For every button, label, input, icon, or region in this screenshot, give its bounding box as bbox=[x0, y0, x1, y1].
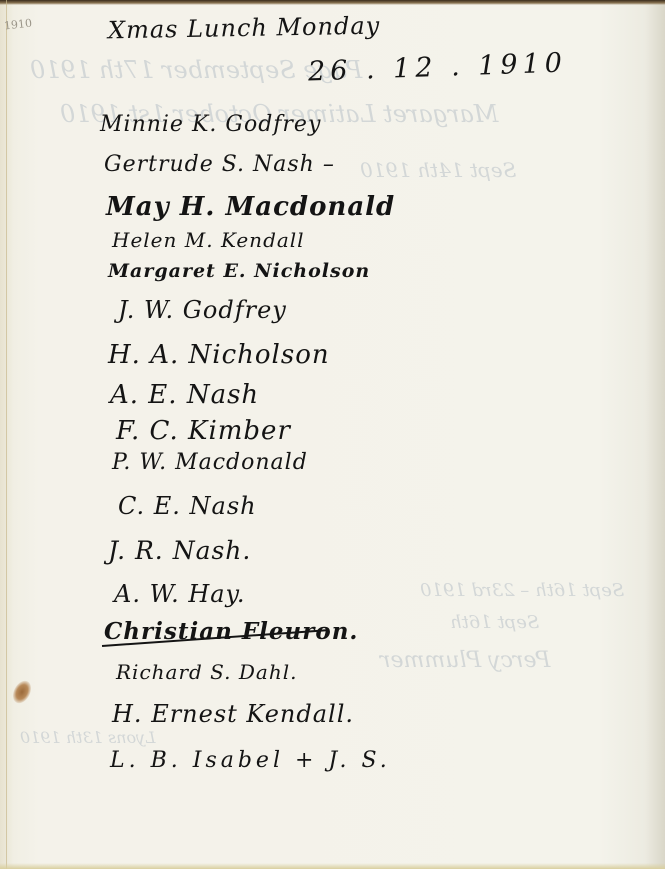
signature: A. E. Nash bbox=[110, 380, 259, 410]
entry-date: 26 . 12 . 1910 bbox=[308, 47, 568, 87]
bleed-through-text: Percy Plummer bbox=[380, 648, 550, 673]
signature: J. R. Nash. bbox=[108, 536, 251, 565]
signature: F. C. Kimber bbox=[116, 416, 291, 446]
signature: L. B. Isabel + J. S. bbox=[110, 748, 391, 773]
bleed-through-text: Sept 14th 1910 bbox=[360, 158, 516, 182]
signature: Margaret E. Nicholson bbox=[108, 260, 370, 282]
bleed-through-text: Sept 16th – 23rd 1910 bbox=[420, 580, 624, 601]
signature: H. A. Nicholson bbox=[108, 340, 330, 370]
ink-stain bbox=[9, 678, 34, 707]
signature: H. Ernest Kendall. bbox=[112, 700, 354, 728]
signature: Minnie K. Godfrey bbox=[100, 112, 321, 137]
bleed-through-text: Sept 16th bbox=[450, 612, 539, 633]
signature: May H. Macdonald bbox=[106, 192, 395, 222]
margin-year-note: 1910 bbox=[3, 17, 32, 33]
signature: C. E. Nash bbox=[118, 492, 257, 520]
page-gutter-line bbox=[6, 0, 7, 869]
guestbook-page: 1910 Page September 17th 1910 Margaret L… bbox=[0, 0, 665, 869]
signature: J. W. Godfrey bbox=[118, 296, 287, 324]
signature: A. W. Hay. bbox=[114, 580, 246, 608]
signature: Helen M. Kendall bbox=[112, 228, 305, 252]
bleed-through-text: Lyons 13th 1910 bbox=[20, 728, 156, 747]
signature: P. W. Macdonald bbox=[112, 450, 308, 475]
signature: Christian Fleuron. bbox=[104, 618, 358, 645]
signature: Richard S. Dahl. bbox=[116, 660, 297, 684]
signature: Gertrude S. Nash – bbox=[104, 152, 335, 177]
entry-heading: Xmas Lunch Monday bbox=[108, 12, 381, 45]
